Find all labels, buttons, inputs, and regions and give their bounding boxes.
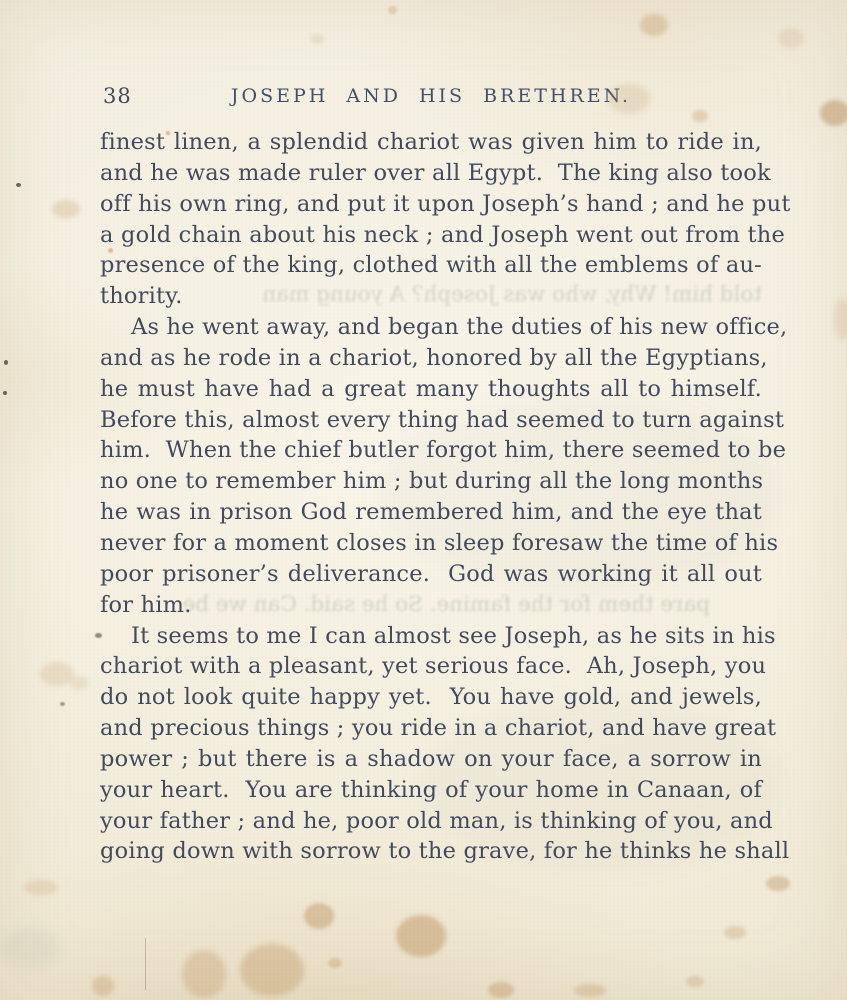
text-line: finest linen, a splendid chariot was giv… <box>100 127 762 158</box>
text-line: your heart. You are thinking of your hom… <box>100 775 762 806</box>
text-line: he must have had a great many thoughts a… <box>100 374 762 405</box>
text-line: for him. <box>100 590 762 621</box>
text-line: never for a moment closes in sleep fores… <box>100 528 762 559</box>
text-line: no one to remember him ; but during all … <box>100 466 762 497</box>
text-line: going down with sorrow to the grave, for… <box>100 836 762 867</box>
running-header: 38 JOSEPH AND HIS BRETHREN. <box>100 84 762 110</box>
book-page-scan: 38 JOSEPH AND HIS BRETHREN. told him! Wh… <box>0 0 847 1000</box>
text-line: Before this, almost every thing had seem… <box>100 405 762 436</box>
text-line: do not look quite happy yet. You have go… <box>100 682 762 713</box>
page-text: finest linen, a splendid chariot was giv… <box>100 127 762 867</box>
text-line: and he was made ruler over all Egypt. Th… <box>100 158 762 189</box>
text-line: your father ; and he, poor old man, is t… <box>100 806 762 837</box>
text-line: chariot with a pleasant, yet serious fac… <box>100 651 762 682</box>
text-line: and precious things ; you ride in a char… <box>100 713 762 744</box>
text-line: and as he rode in a chariot, honored by … <box>100 343 762 374</box>
paper-fiber <box>145 938 146 990</box>
text-line: off his own ring, and put it upon Joseph… <box>100 189 762 220</box>
text-line: a gold chain about his neck ; and Joseph… <box>100 220 762 251</box>
text-line: him. When the chief butler forgot him, t… <box>100 435 762 466</box>
text-line: power ; but there is a shadow on your fa… <box>100 744 762 775</box>
running-header-title: JOSEPH AND HIS BRETHREN. <box>100 85 762 107</box>
text-line: presence of the king, clothed with all t… <box>100 250 762 281</box>
text-line: As he went away, and began the duties of… <box>100 312 762 343</box>
text-line: poor prisoner’s deliverance. God was wor… <box>100 559 762 590</box>
text-line: It seems to me I can almost see Joseph, … <box>100 621 762 652</box>
text-line: thority. <box>100 281 762 312</box>
text-line: he was in prison God remembered him, and… <box>100 497 762 528</box>
